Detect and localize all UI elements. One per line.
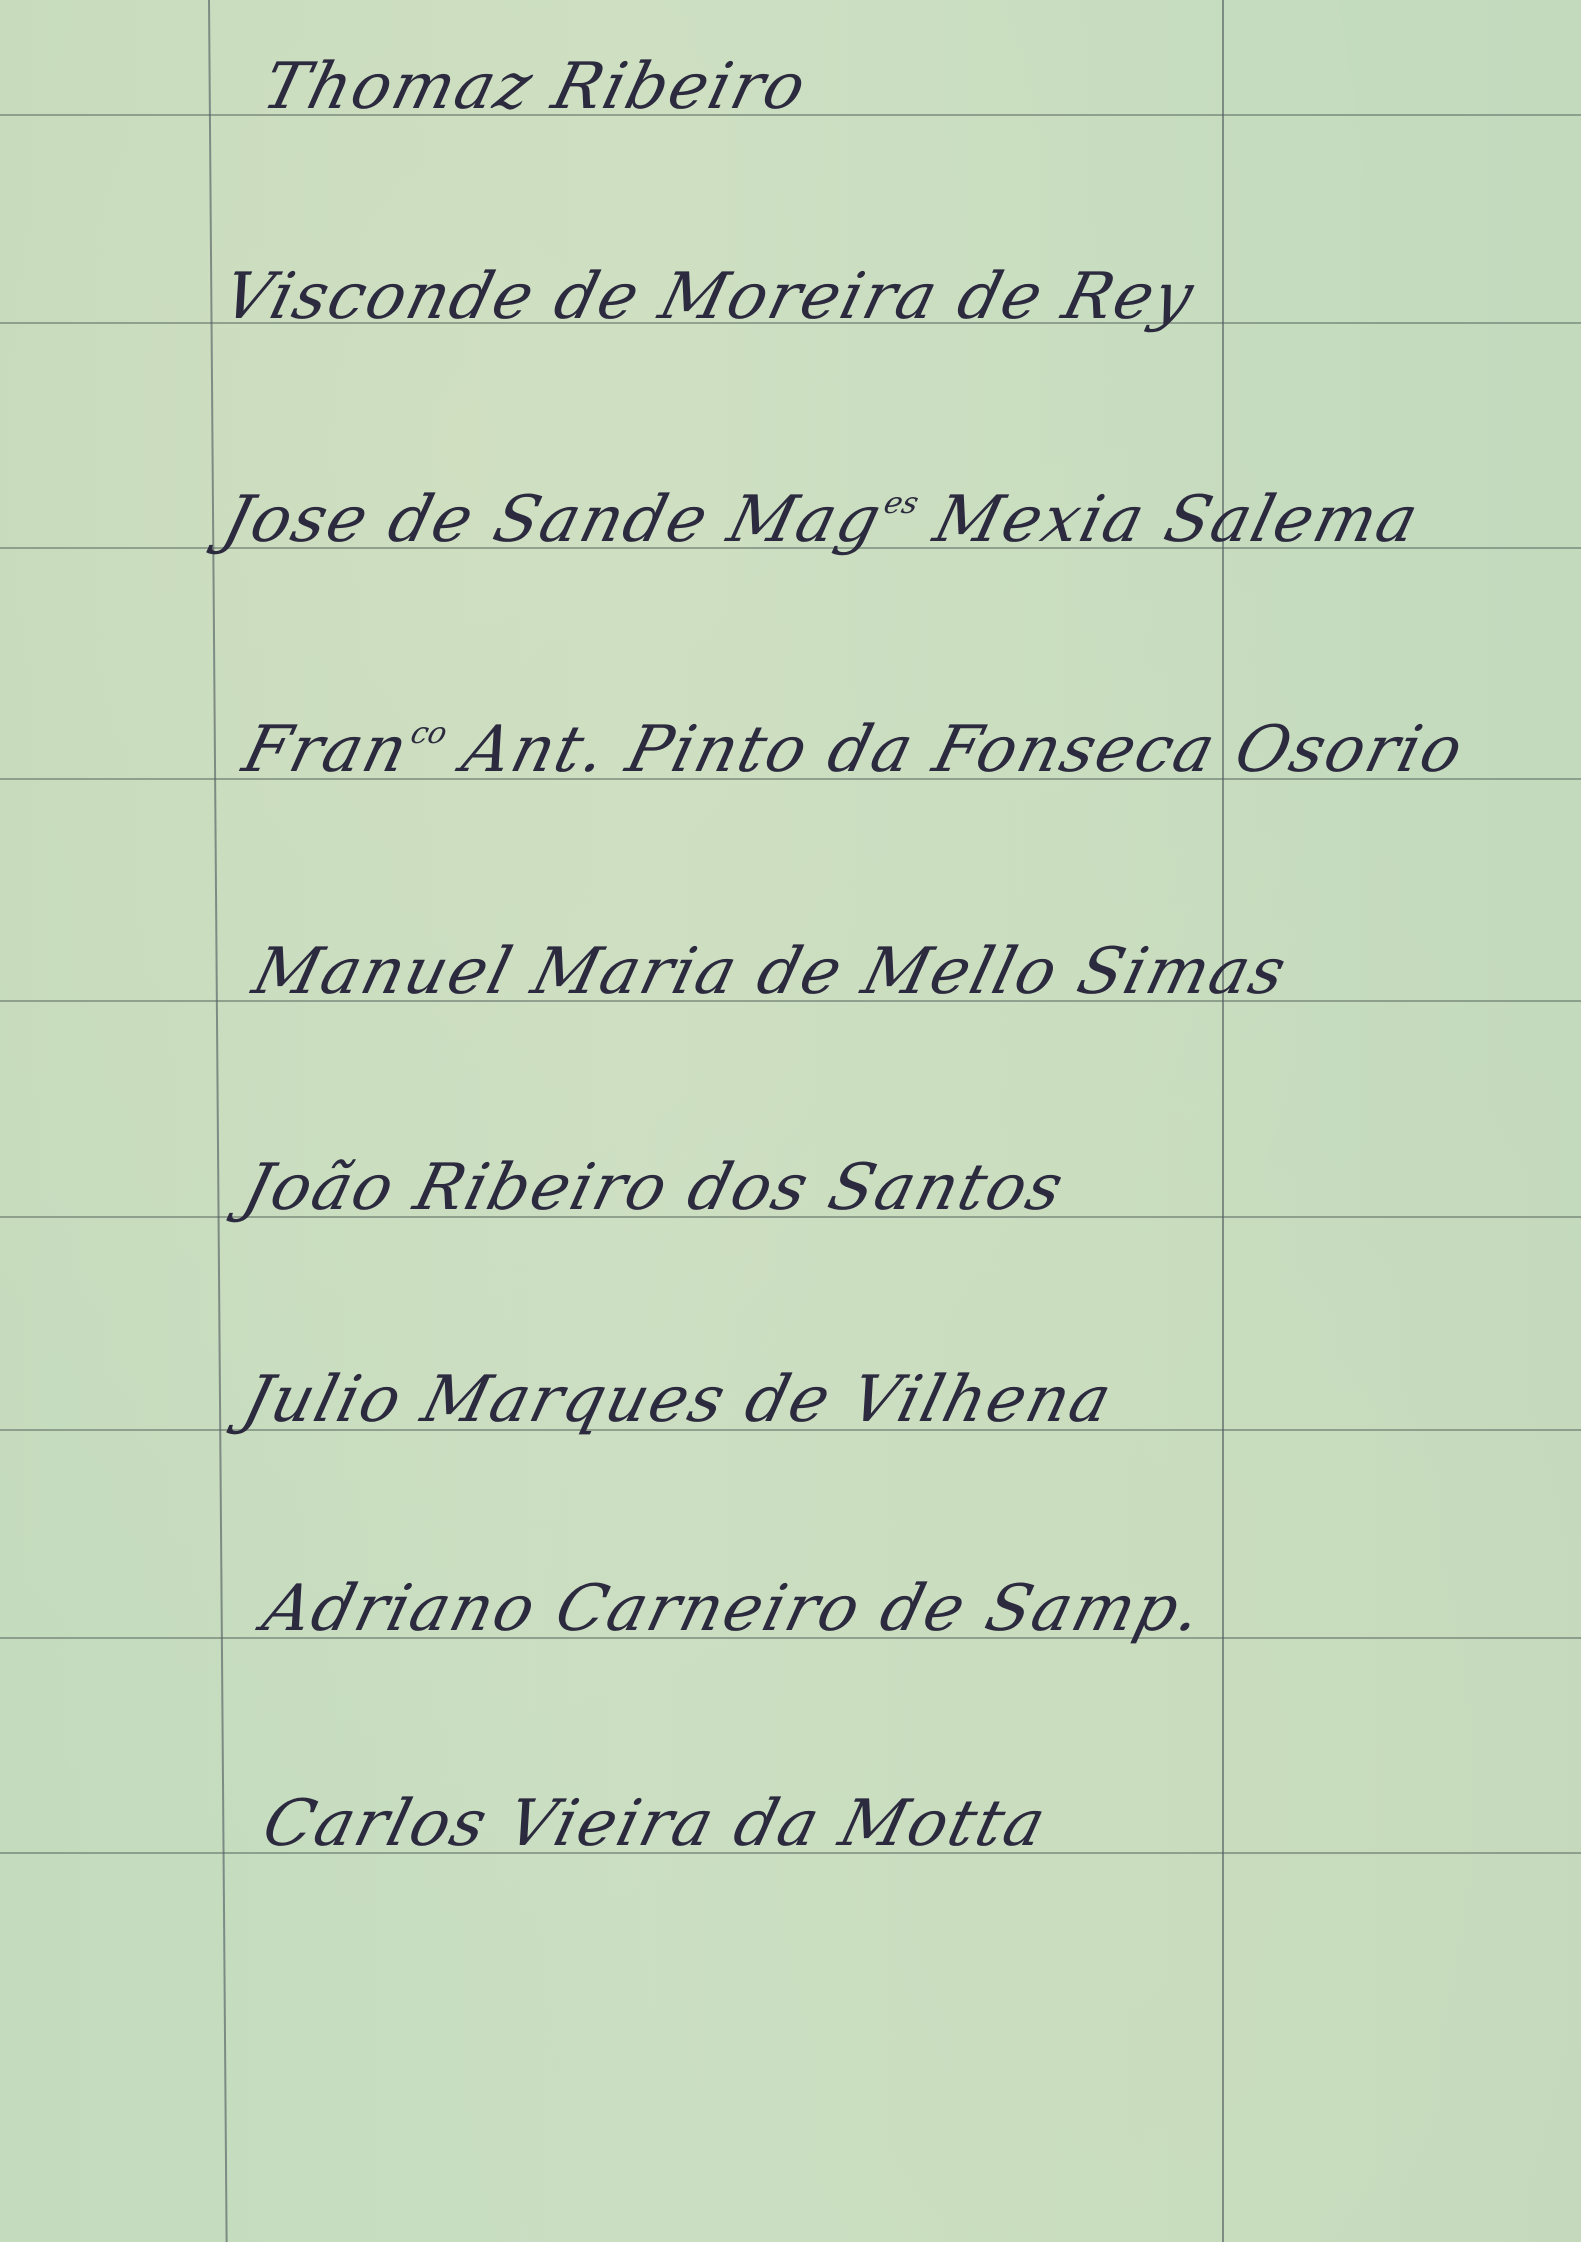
signature-text: Jose de Sande Mag (216, 483, 890, 557)
signature-entry: Manuel Maria de Mello Simas (247, 940, 1293, 1004)
signature-text: João Ribeiro dos Santos (236, 1151, 1072, 1225)
signature-entry: Adriano Carneiro de Samp. (257, 1577, 1209, 1641)
signature-text: Julio Marques de Vilhena (236, 1363, 1120, 1437)
right-margin-line (1222, 0, 1224, 2242)
left-margin-line (208, 0, 228, 2242)
signature-entry: Thomaz Ribeiro (257, 55, 813, 119)
signature-text: Manuel Maria de Mello Simas (246, 935, 1295, 1009)
signature-text: Visconde de Moreira de Rey (216, 260, 1202, 334)
signature-text: Fran (236, 713, 417, 787)
signature-entry: Julio Marques de Vilhena (237, 1368, 1119, 1432)
signature-text: Ant. Pinto da Fonseca Osorio (433, 713, 1472, 787)
signature-entry: Carlos Vieira da Motta (257, 1792, 1053, 1856)
signature-entry: Jose de Sande Mages Mexia Salema (217, 488, 1426, 552)
signature-entry: João Ribeiro dos Santos (237, 1156, 1071, 1220)
signature-text: Carlos Vieira da Motta (256, 1787, 1054, 1861)
signature-entry: Franco Ant. Pinto da Fonseca Osorio (237, 718, 1470, 782)
ledger-page: Thomaz Ribeiro Visconde de Moreira de Re… (0, 0, 1581, 2242)
signature-text: Mexia Salema (904, 483, 1426, 557)
signature-text: Adriano Carneiro de Samp. (256, 1572, 1211, 1646)
signature-entry: Visconde de Moreira de Rey (217, 265, 1201, 329)
signature-text: Thomaz Ribeiro (256, 50, 815, 124)
